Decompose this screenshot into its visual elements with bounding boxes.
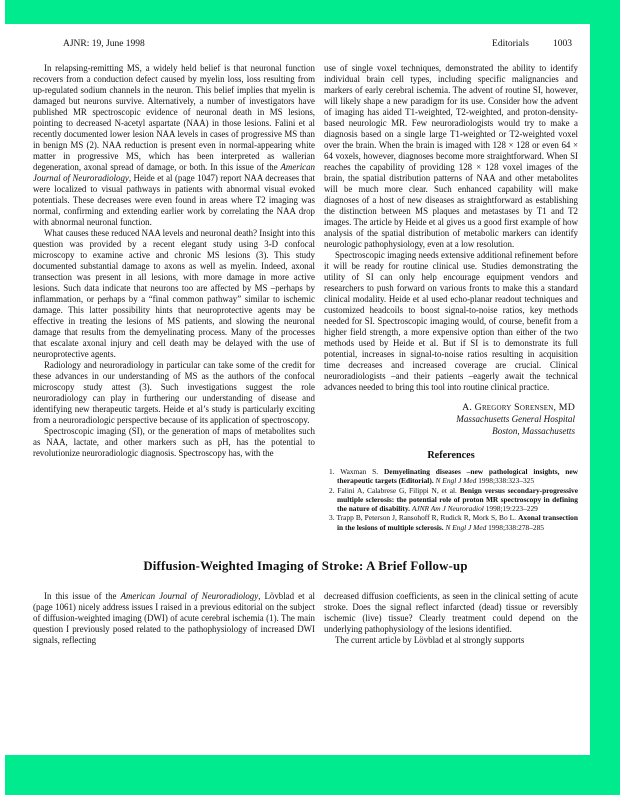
reference-item: 1. Waxman S. Demyelinating diseases –new… — [324, 467, 578, 486]
reference-number: 3. — [329, 513, 335, 522]
paragraph: Radiology and neuroradiology in particul… — [33, 360, 315, 426]
reference-authors: Waxman S. — [340, 467, 384, 476]
second-editorial-column-left: In this issue of the American Journal of… — [33, 591, 315, 646]
reference-item: 3. Trapp B, Peterson J, Ransohoff R, Rud… — [324, 513, 578, 532]
author-affiliation: Massachusetts General Hospital — [324, 414, 575, 426]
second-editorial-title: Diffusion-Weighted Imaging of Stroke: A … — [33, 559, 578, 574]
reference-item: 2. Falini A, Calabrese G, Filippi N, et … — [324, 486, 578, 514]
reference-number: 1. — [329, 467, 335, 476]
page-number: 1003 — [553, 39, 572, 49]
paragraph: What causes these reduced NAA levels and… — [33, 228, 315, 360]
paragraph-text: In relapsing-remitting MS, a widely held… — [33, 63, 315, 172]
journal-name-italic: American Journal of Neuroradiology — [121, 591, 259, 601]
second-editorial-columns: In this issue of the American Journal of… — [33, 591, 578, 646]
paragraph-text: In this issue of the — [44, 591, 121, 601]
running-head: AJNR: 19, June 1998 Editorials 1003 — [33, 39, 578, 49]
paragraph: The current article by Lövblad et al str… — [324, 635, 578, 646]
author-name: A. Gregory Sorensen, MD — [324, 402, 575, 414]
editorial-column-left: In relapsing-remitting MS, a widely held… — [33, 63, 315, 532]
section-label: Editorials — [492, 39, 529, 49]
reference-citation: 1998;19:223–229 — [484, 504, 538, 513]
journal-issue-label: AJNR: 19, June 1998 — [63, 39, 145, 49]
editorial-column-right: use of single voxel techniques, demonstr… — [324, 63, 578, 532]
paragraph: use of single voxel techniques, demonstr… — [324, 63, 578, 250]
journal-page: AJNR: 19, June 1998 Editorials 1003 In r… — [0, 24, 590, 755]
reference-number: 2. — [329, 486, 335, 495]
paragraph: Spectroscopic imaging needs extensive ad… — [324, 250, 578, 393]
author-location: Boston, Massachusetts — [324, 426, 575, 438]
paragraph: decreased diffusion coefficients, as see… — [324, 591, 578, 635]
author-signature: A. Gregory Sorensen, MD Massachusetts Ge… — [324, 402, 578, 437]
reference-citation: 1998;338:278–285 — [486, 523, 544, 532]
paragraph: In relapsing-remitting MS, a widely held… — [33, 63, 315, 228]
references-heading: References — [324, 450, 578, 461]
reference-authors: Trapp B, Peterson J, Ransohoff R, Rudick… — [336, 513, 518, 522]
second-editorial-column-right: decreased diffusion coefficients, as see… — [324, 591, 578, 646]
reference-citation: 1998;338:323–325 — [476, 476, 534, 485]
paragraph: Spectroscopic imaging (SI), or the gener… — [33, 426, 315, 459]
reference-journal: N Engl J Med — [445, 523, 486, 532]
reference-authors: Falini A, Calabrese G, Filippi N, et al. — [337, 486, 459, 495]
reference-journal: N Engl J Med — [436, 476, 477, 485]
editorial-columns: In relapsing-remitting MS, a widely held… — [33, 63, 578, 532]
paragraph: In this issue of the American Journal of… — [33, 591, 315, 646]
reference-journal: AJNR Am J Neuroradiol — [412, 504, 484, 513]
